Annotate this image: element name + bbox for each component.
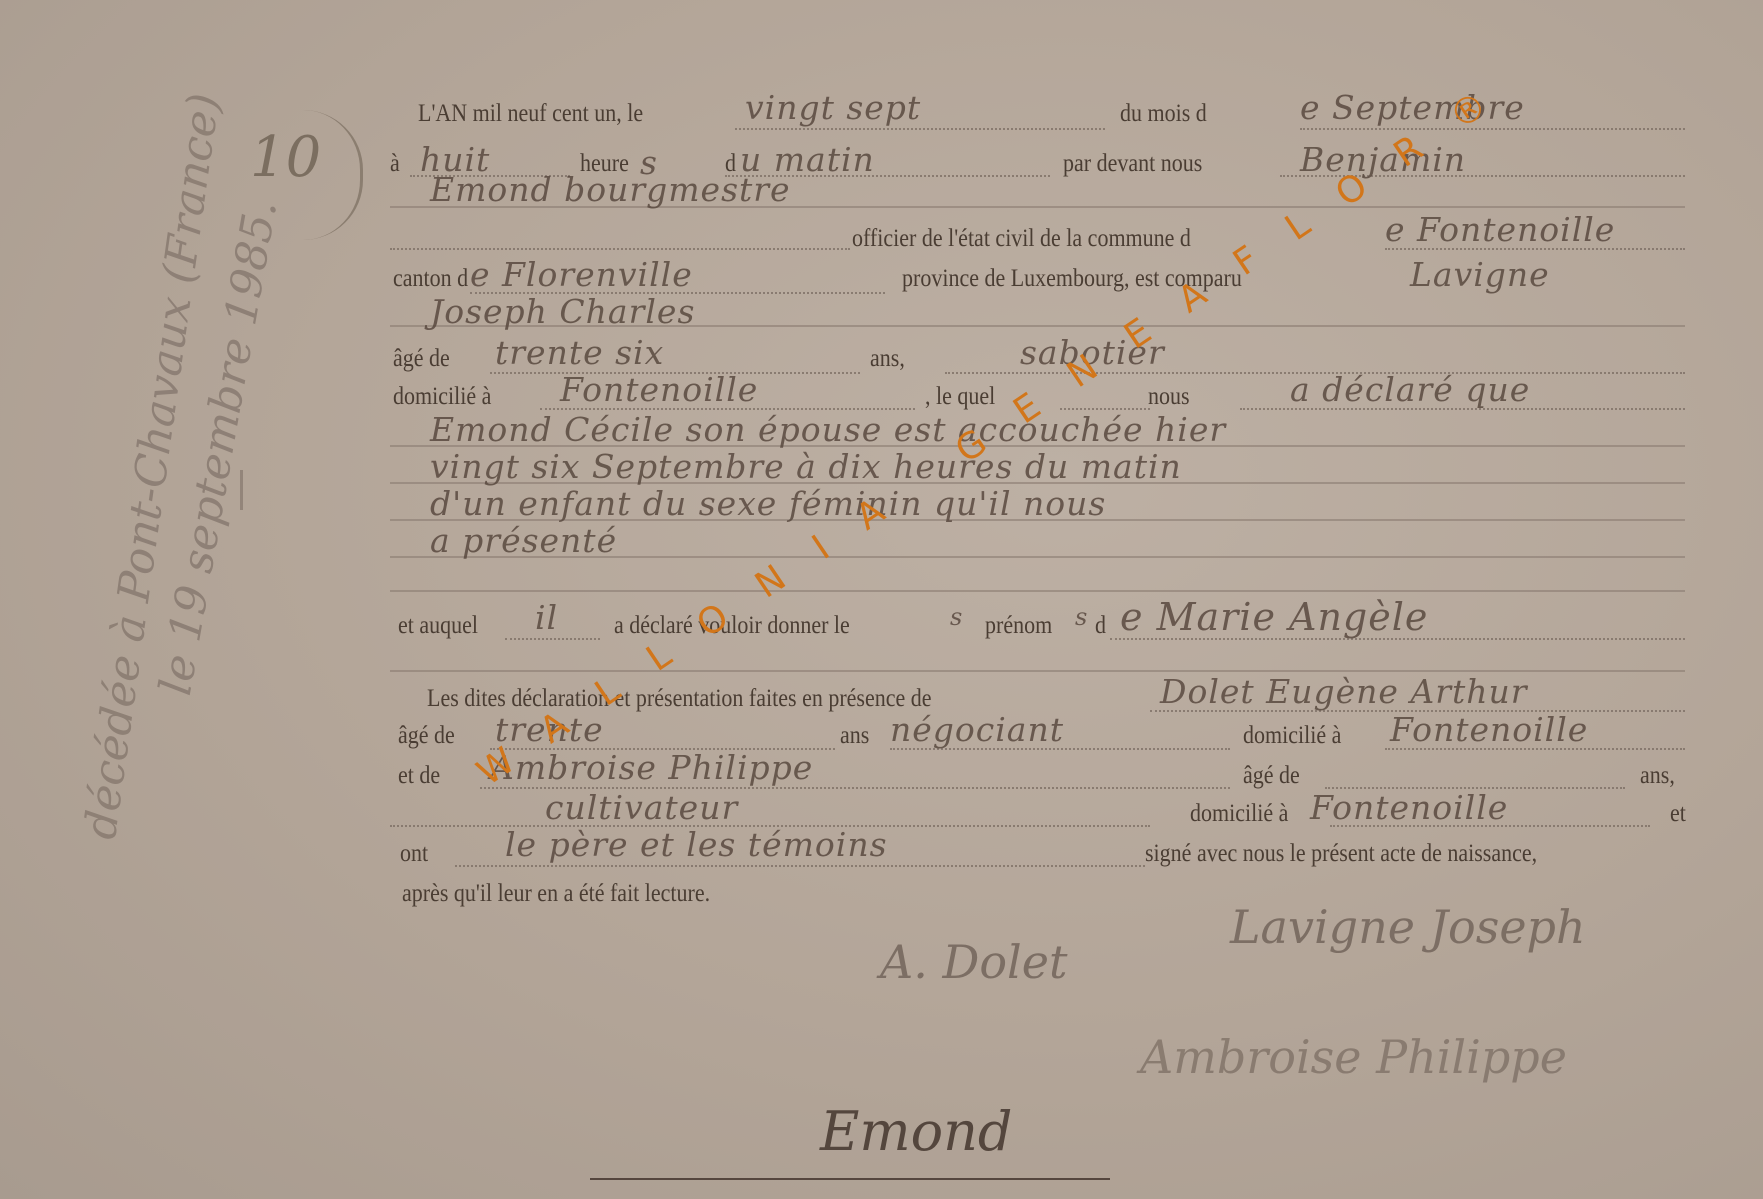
printed-age-label: âgé de [393, 345, 450, 373]
printed-witness-intro: Les dites déclaration et présentation fa… [427, 685, 932, 713]
margin-dash [240, 470, 243, 510]
hand-witness2-occupation: cultivateur [545, 788, 738, 827]
printed-month-label: du mois d [1120, 100, 1207, 128]
printed-witness1-ans: ans [840, 722, 869, 750]
hand-signers: le père et les témoins [505, 825, 888, 864]
printed-par-devant-nous: par devant nous [1063, 150, 1202, 178]
printed-signature-clause: signé avec nous le présent acte de naiss… [1145, 840, 1537, 868]
printed-witness2-domicile: domicilié à [1190, 800, 1288, 828]
hand-witness1-name: Dolet Eugène Arthur [1160, 672, 1528, 711]
hand-father-age: trente six [495, 333, 664, 372]
printed-year-text: L'AN mil neuf cent un, le [418, 100, 643, 128]
hand-father-firstnames: Joseph Charles [430, 292, 695, 331]
printed-ont: ont [400, 840, 428, 868]
signature-emond: Emond [820, 1100, 1012, 1163]
hand-declaration-start: a déclaré que [1290, 370, 1530, 409]
printed-et-auquel: et auquel [398, 612, 478, 640]
printed-witness1-age: âgé de [398, 722, 455, 750]
printed-et: et [1670, 800, 1686, 828]
hand-father-domicile: Fontenoille [560, 370, 758, 409]
printed-lequel: , le quel [925, 383, 995, 411]
hand-plural-prenom: s [1075, 603, 1088, 631]
printed-witness2-age-label: âgé de [1243, 762, 1300, 790]
signature-dolet: A. Dolet [880, 935, 1067, 989]
hand-declaration-line3: d'un enfant du sexe féminin qu'il nous [430, 484, 1106, 523]
hand-officer-name-title: Emond bourgmestre [430, 170, 791, 209]
printed-d2: d [1095, 612, 1106, 640]
hand-declaration-line1: Emond Cécile son épouse est accouchée hi… [430, 410, 1226, 449]
printed-closing: après qu'il leur en a été fait lecture. [402, 880, 710, 908]
signature-underline [590, 1178, 1110, 1180]
signature-lavigne: Lavigne Joseph [1230, 900, 1586, 954]
printed-a: à [390, 150, 400, 178]
hand-pronoun: il [535, 598, 558, 637]
printed-prenom: prénom [985, 612, 1052, 640]
hand-declaration-line2: vingt six Septembre à dix heures du mati… [430, 447, 1182, 486]
hand-witness1-domicile: Fontenoille [1390, 710, 1588, 749]
hand-plural-le: s [950, 603, 963, 631]
printed-officer-label: officier de l'état civil de la commune d [852, 225, 1191, 253]
printed-nous: nous [1148, 383, 1190, 411]
printed-canton: canton d [393, 265, 468, 293]
signature-ambroise: Ambroise Philippe [1140, 1030, 1567, 1084]
hand-witness2-domicile: Fontenoille [1310, 788, 1508, 827]
hand-canton: e Florenville [470, 255, 693, 294]
hand-commune: e Fontenoille [1385, 210, 1615, 249]
hand-witness1-occupation: négociant [890, 710, 1064, 749]
printed-witness2-ans: ans, [1640, 762, 1675, 790]
hand-father-surname: Lavigne [1410, 255, 1550, 294]
printed-ans: ans, [870, 345, 905, 373]
printed-witness1-domicile: domicilié à [1243, 722, 1341, 750]
printed-et-de: et de [398, 762, 440, 790]
hand-day: vingt sept [745, 88, 921, 127]
printed-domicile: domicilié à [393, 383, 491, 411]
hand-declaration-line4: a présenté [430, 521, 617, 560]
entry-bracket [300, 110, 363, 240]
hand-child-names: e Marie Angèle [1120, 595, 1428, 639]
document-page: décédée à Pont-Chavaux (France) le 19 se… [0, 0, 1763, 1199]
